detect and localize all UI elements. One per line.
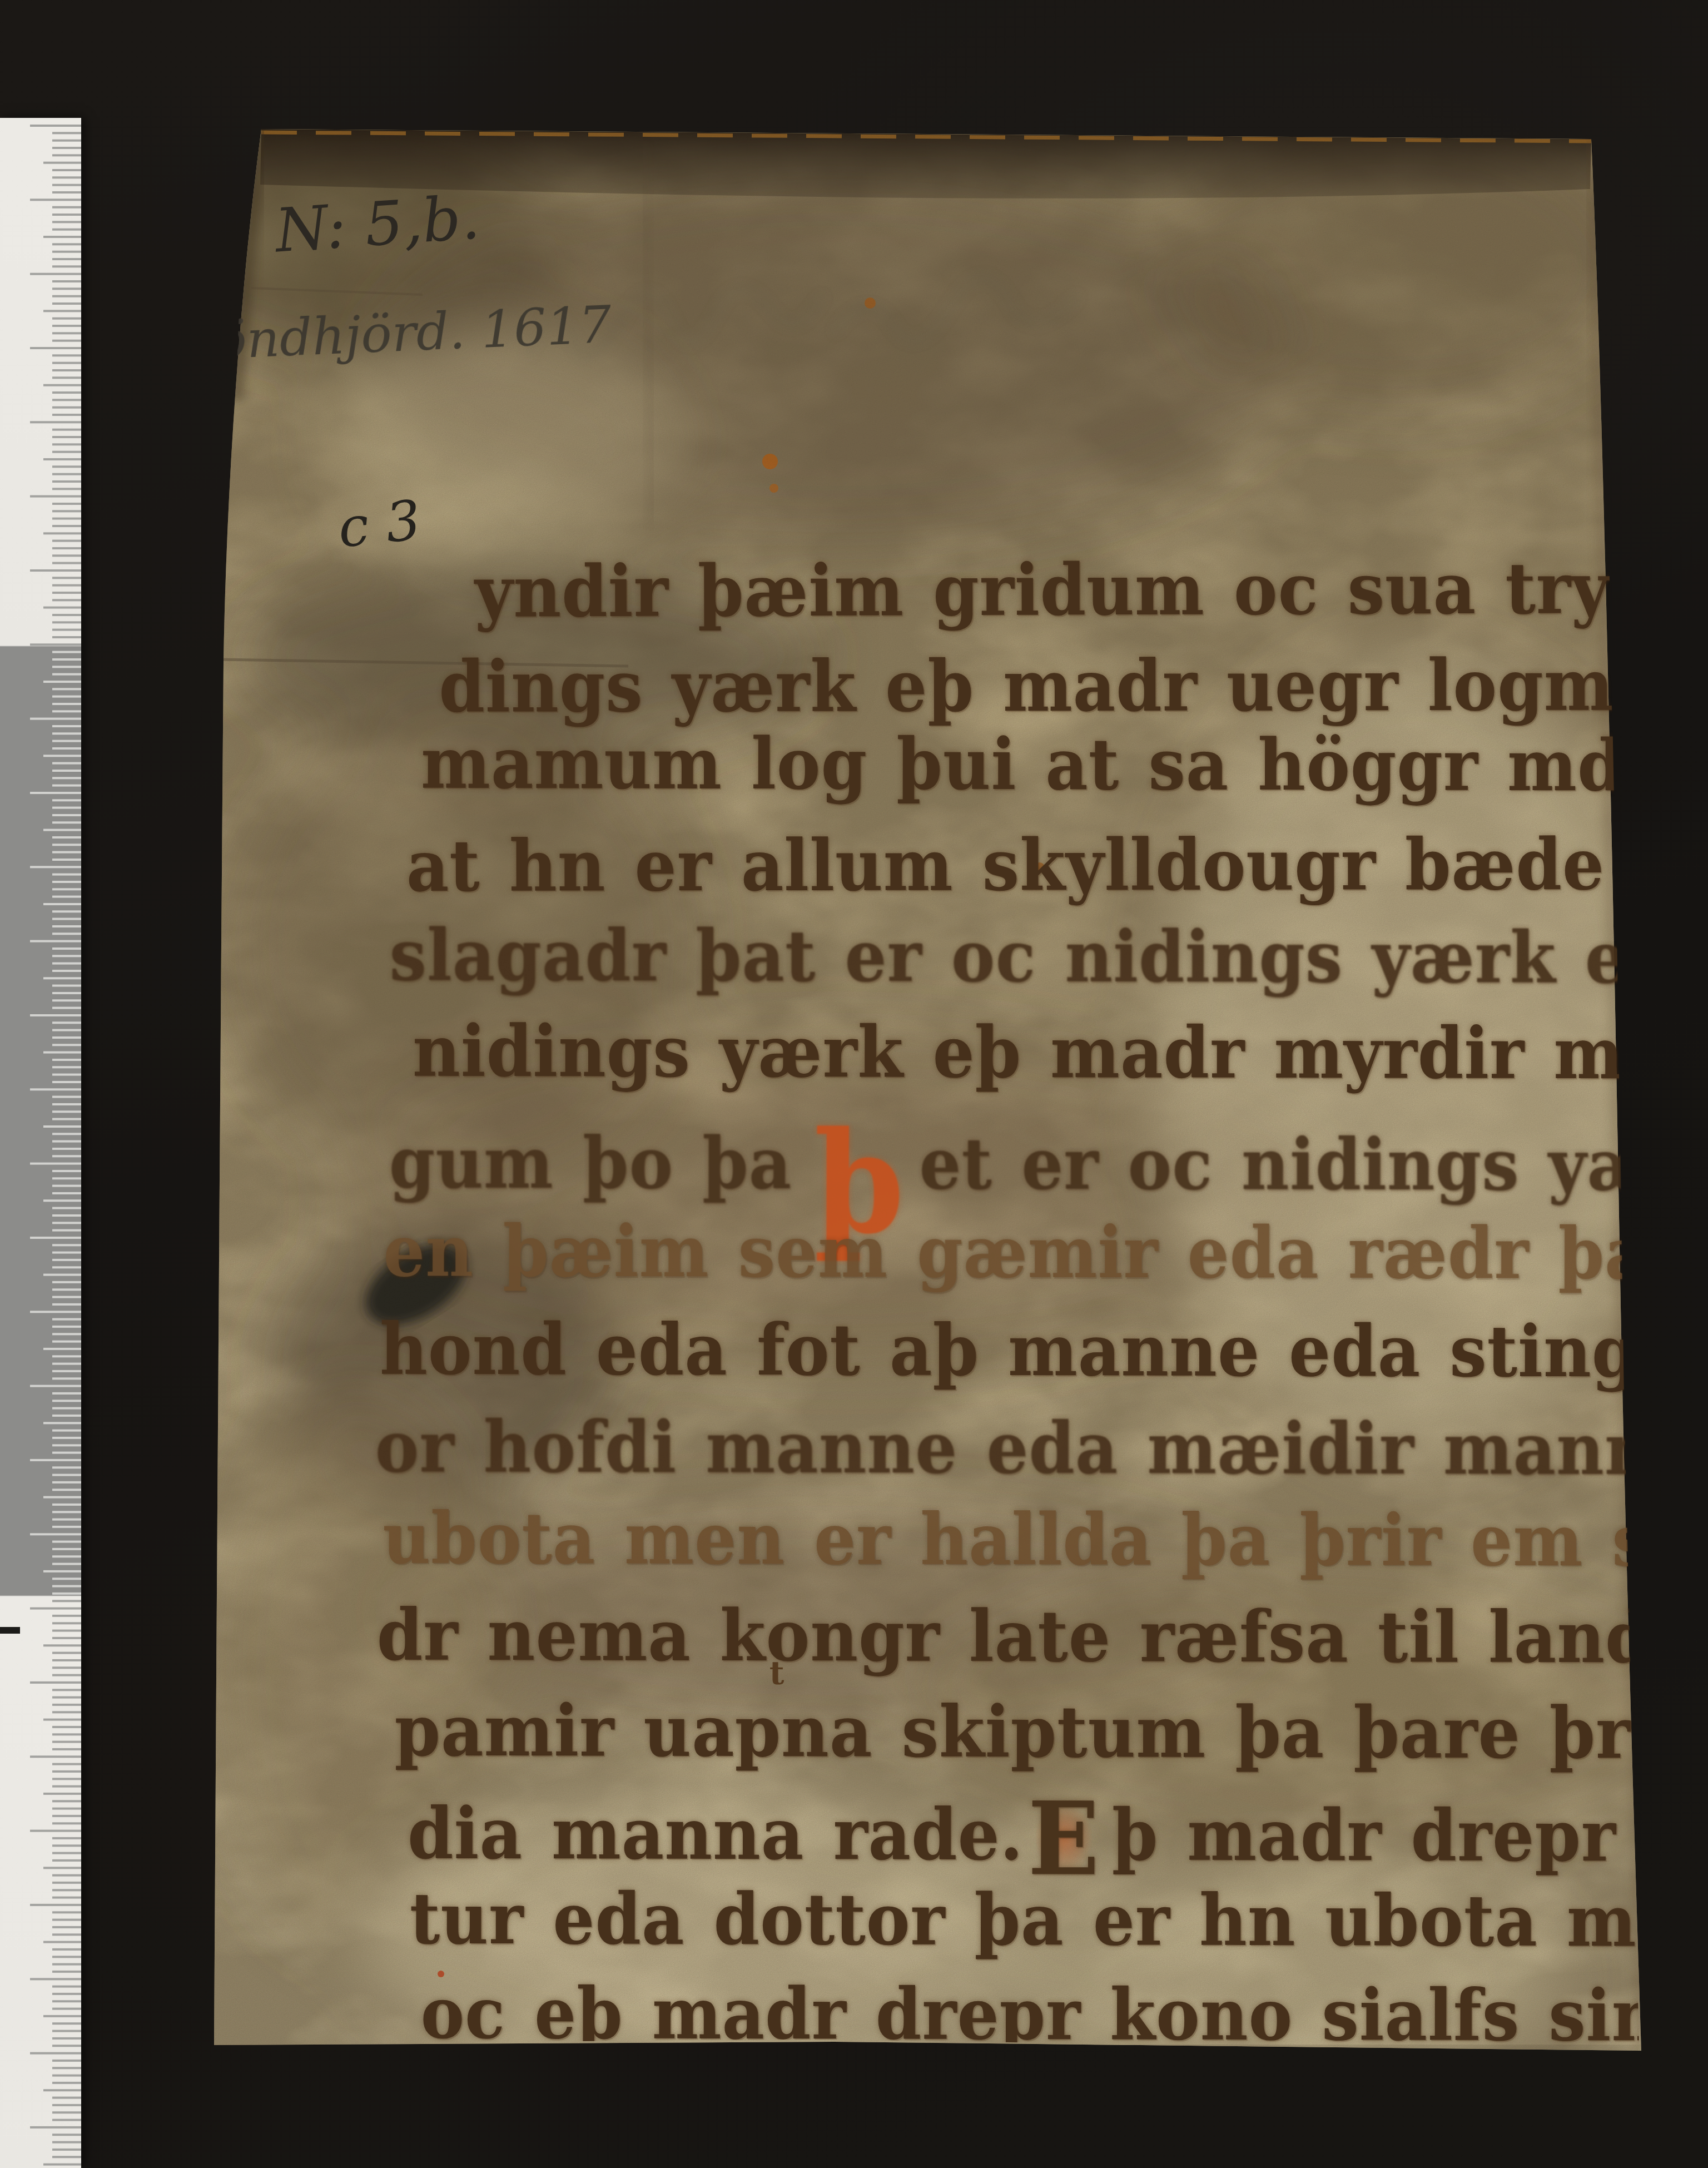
manuscript-line: tur eda dottor þa er hn ubota madr nem [410,1887,1708,1956]
manuscript-line: dings yærk eþ madr uegr logmann. þan [439,653,1708,721]
manuscript-line: nidings yærk eþ madr myrdir mann þ [413,1020,1708,1088]
manuscript-line: oc eþ madr drepr kono sialfs sins eda ko… [420,1982,1708,2051]
manuscript-line: or hofdi manne eda mæidir mann at þ [375,1416,1708,1484]
manuscript-line: mamum log þui at sa höggr mdr rettin [421,732,1708,801]
manuscript-line: dia manna rade. Eþ madr drepr fadur [408,1793,1708,1889]
photo-backdrop: N: 5,b. Söndhjörd. 1617 c 3 t yndir þæim… [0,0,1708,2168]
manuscript-line: at hn er allum skylldougr bæde rikum oc … [406,832,1708,900]
manuscript-line: ubota men er hallda þa þrir em skuæru [383,1507,1708,1576]
provenance-annotation: Söndhjörd. 1617 [180,299,612,368]
manuscript-line: pamir uapna skiptum þa þare þr eptir þ [394,1699,1708,1768]
manuscript-line: hond eda fot aþ manne eda stingr ut a [380,1318,1708,1387]
manuscript-line: en þæim sem gæmir eda rædr þat er oc n [383,1220,1708,1289]
capital-initial-e: E [1024,1788,1104,1889]
shelfmark-annotation: N: 5,b. [274,188,481,262]
handwriting-layer: N: 5,b. Söndhjörd. 1617 c 3 t yndir þæim… [0,0,1708,2168]
manuscript-line: dr nema kongr late ræfsa til landræmss [377,1604,1708,1673]
manuscript-line: slagadr þat er oc nidings yærk eþ madr [389,924,1708,993]
chapter-mark-annotation: c 3 [335,493,423,556]
manuscript-line: yndir þæim gridum oc sua trydium sem næ [475,555,1708,626]
